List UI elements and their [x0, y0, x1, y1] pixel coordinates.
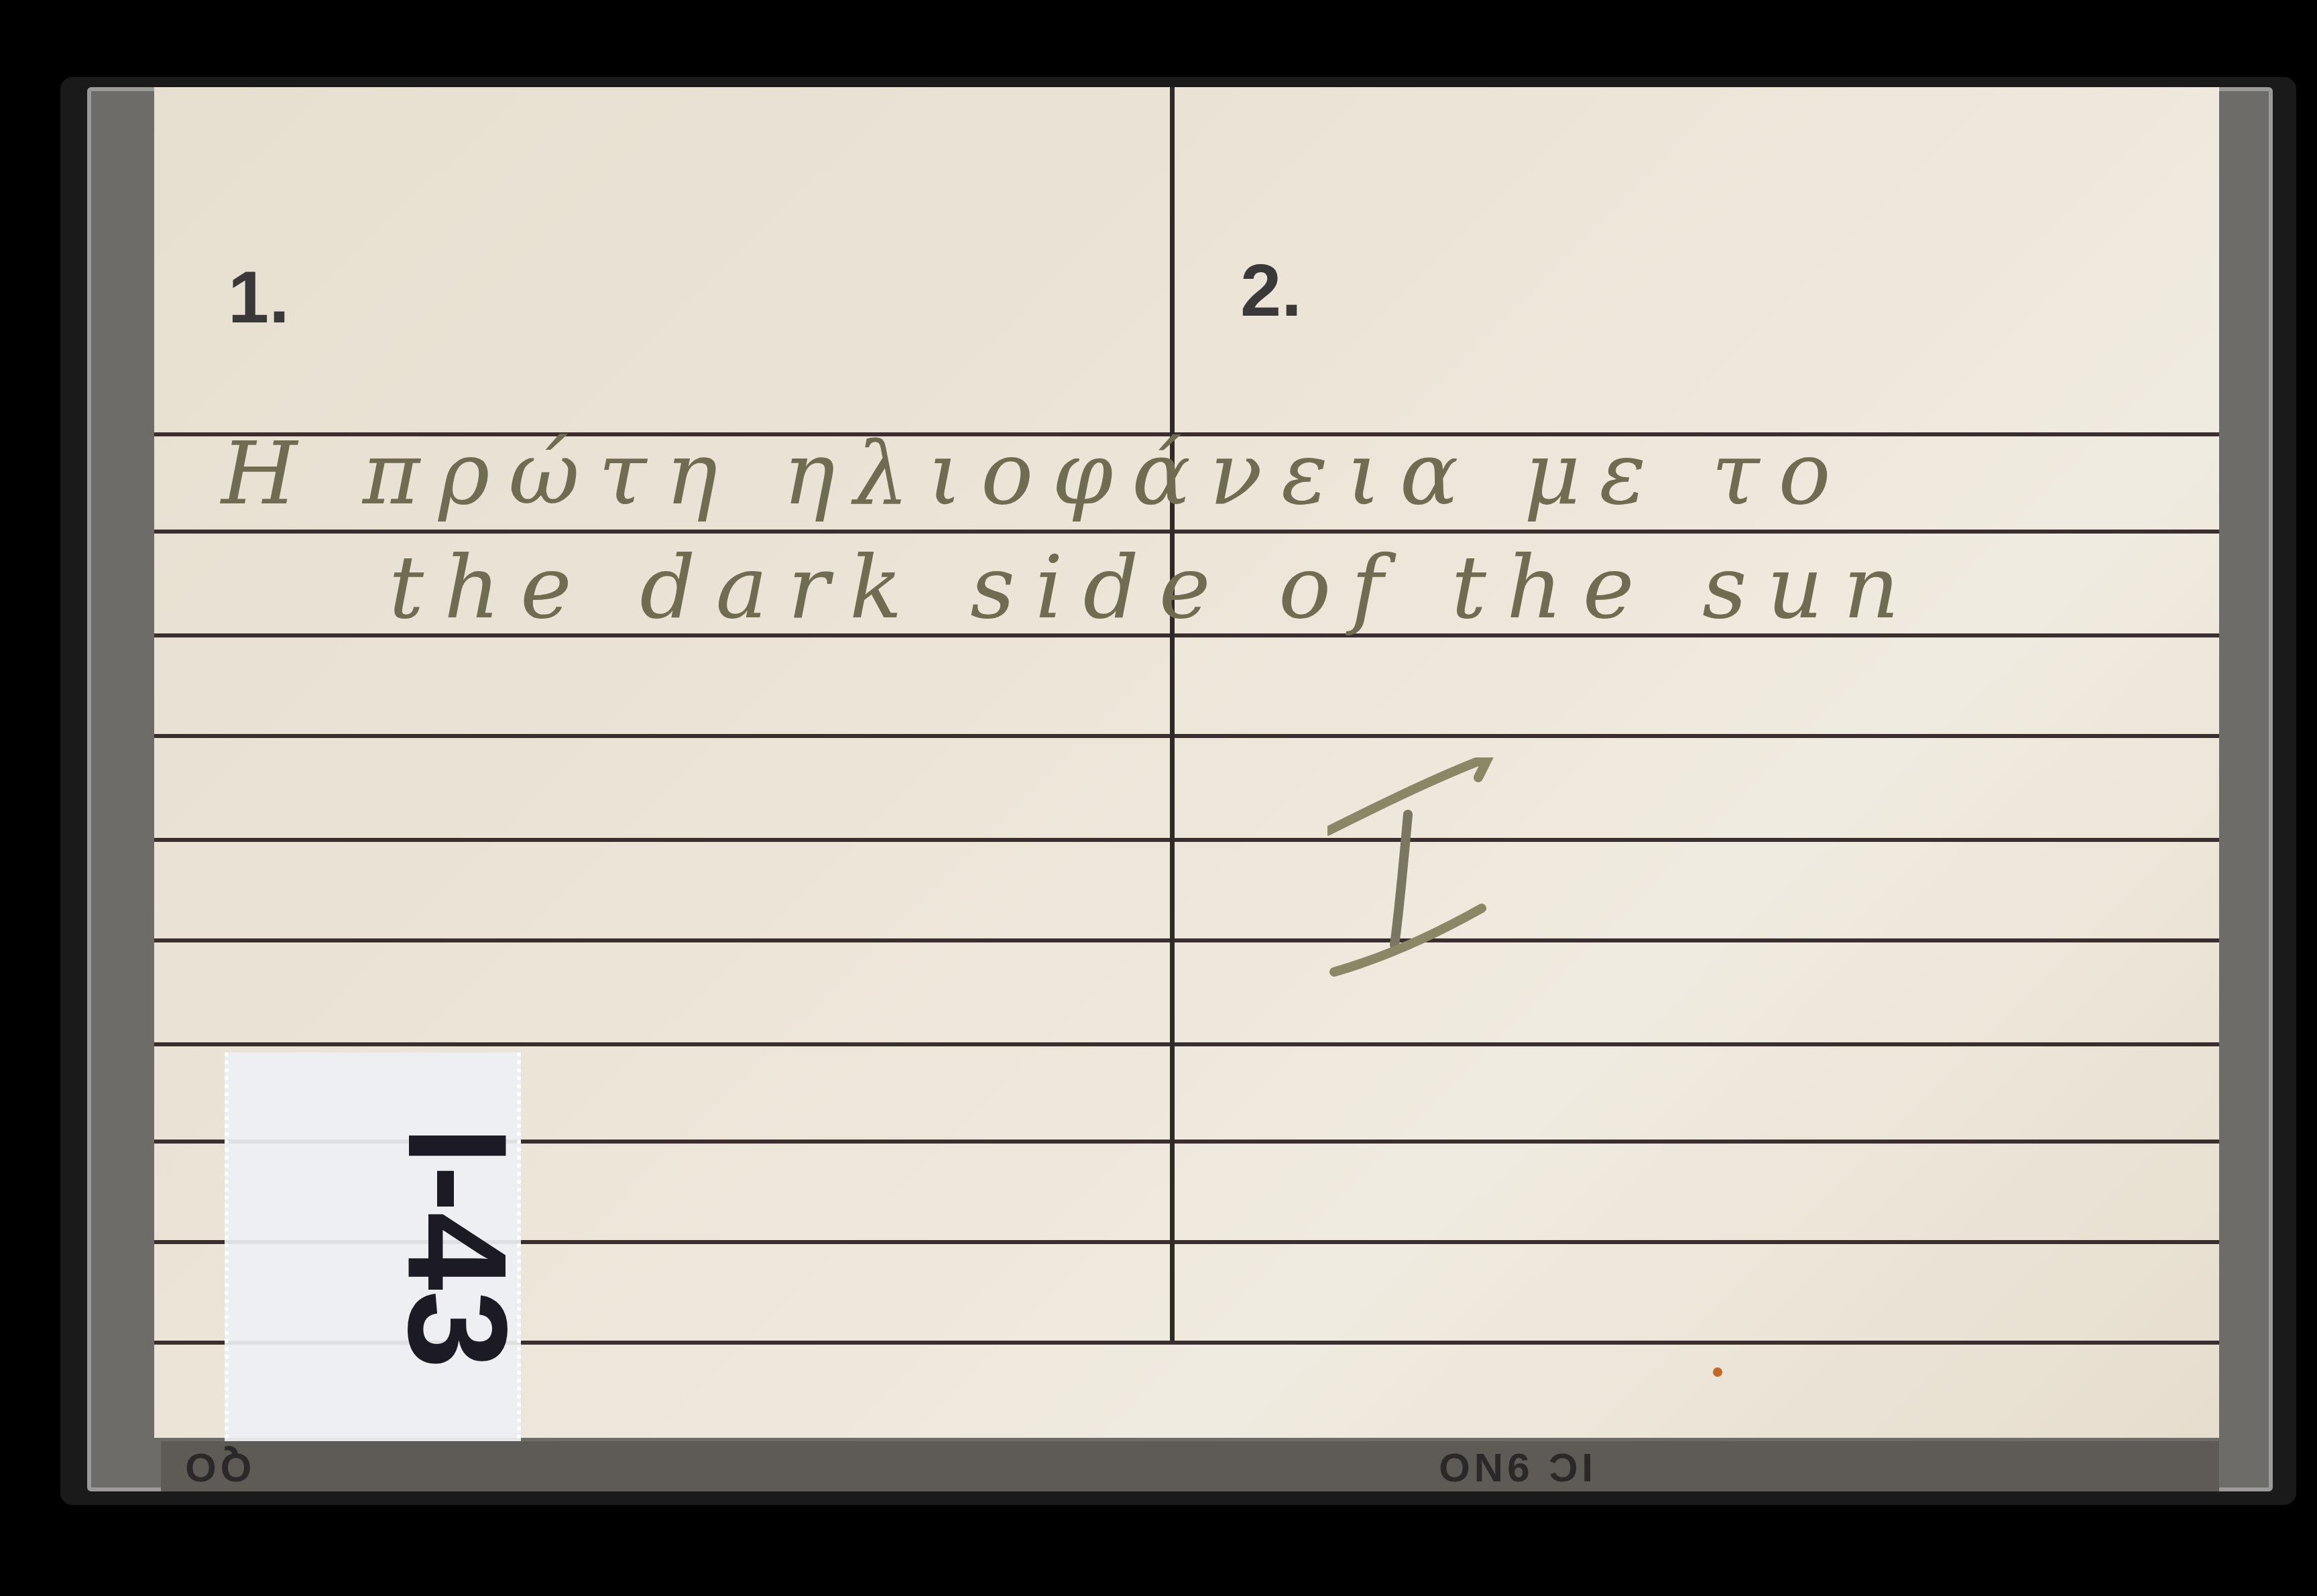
- handwritten-roman-numeral: I: [1327, 757, 1502, 988]
- side-2-label: 2.: [1240, 248, 1302, 333]
- handwriting-line-2: the dark side of the sun: [389, 536, 1919, 638]
- handwriting-line-1: Η πρώτη ηλιοφάνεια με το: [221, 422, 1850, 524]
- sticker-label: I-43: [376, 1126, 538, 1369]
- ruled-line: [154, 838, 2219, 842]
- ruled-line: [154, 938, 2219, 942]
- ruled-line: [154, 1042, 2219, 1046]
- side-divider: [1170, 87, 1175, 1341]
- case-bottom-edge: QO IC 9NO: [161, 1441, 2219, 1491]
- j-card: 1. 2. I-43: [154, 87, 2219, 1438]
- mirrored-print: IC 9NO: [1435, 1445, 1593, 1491]
- number-sticker: I-43: [225, 1052, 521, 1455]
- ruled-line: [154, 734, 2219, 738]
- ruled-line: [154, 530, 2219, 534]
- ink-spot: [1713, 1367, 1722, 1377]
- mirrored-print: QO: [181, 1445, 251, 1491]
- side-1-label: 1.: [228, 255, 290, 340]
- roman-numeral-i-icon: [1327, 757, 1502, 985]
